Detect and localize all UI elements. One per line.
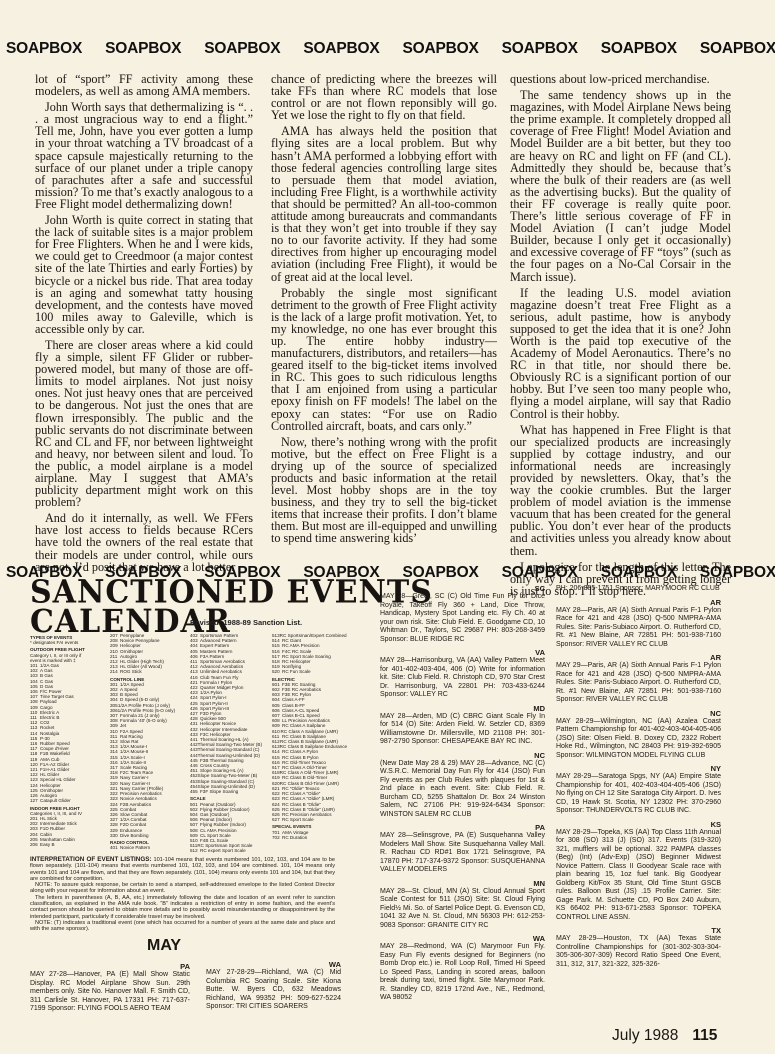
event-label: Formula ‘40’ (5-O only) — [120, 718, 167, 723]
paragraph: John Worth is quite correct in stating t… — [35, 214, 253, 335]
paragraph: Now, there’s nothing wrong with the prof… — [271, 436, 497, 545]
paragraph: AMA has always held the position that fl… — [271, 125, 497, 282]
event-number: 627 — [272, 817, 282, 822]
event-listing: KSMAY 28-29—Topeka, KS (AA) Top Class 11… — [556, 821, 721, 923]
page-footer: July 1988115 — [612, 1027, 717, 1045]
paragraph: There are closer areas where a kid could… — [35, 339, 253, 508]
paragraph: The same tendency shows up in the magazi… — [510, 89, 731, 283]
event-state: NY — [556, 765, 721, 773]
event-types-col-1: TYPES OF EVENTS * designates FAI events … — [30, 633, 88, 847]
soapbox-label: SOAPBOX — [105, 40, 181, 58]
event-type-row: 520RC Fun Scale — [272, 669, 338, 674]
event-listing: WAMAY 28—Redmond, WA (C) Marymoor Fun Fl… — [380, 935, 545, 1003]
calendar-title: SANCTIONED EVENTS CALENDAR — [30, 579, 433, 638]
event-text: MAY 28—Selinsgrove, PA (E) Susquehanna V… — [380, 832, 545, 875]
event-number: 455 — [190, 789, 200, 794]
event-type-row: 330Dive Bombing — [110, 833, 170, 838]
indoor-ff-list-cont: 207Pennyplane208Novice Pennyplane209Heli… — [110, 633, 170, 675]
event-state: KS — [556, 821, 721, 829]
soapbox-header-bar-top: SOAPBOXSOAPBOXSOAPBOXSOAPBOXSOAPBOXSOAPB… — [6, 40, 775, 58]
soapbox-column-2: chance of predicting where the breezes w… — [271, 73, 497, 549]
soapbox-label: SOAPBOX — [502, 564, 578, 582]
event-state: AR — [556, 599, 721, 607]
event-state: SC — [380, 585, 545, 593]
event-text: MAY 28—Arden, MD (C) CBRC Giant Scale Fl… — [380, 713, 545, 747]
magazine-page: SOAPBOXSOAPBOXSOAPBOXSOAPBOXSOAPBOXSOAPB… — [0, 0, 775, 1054]
event-listing: NYMAY 28-29—Saratoga Spgs, NY (AA) Empir… — [556, 765, 721, 816]
revised-note: Revised: 1988-89 Sanction List. — [190, 618, 302, 627]
soapbox-column-3: questions about low-priced merchandise. … — [510, 73, 731, 601]
paragraph: Probably the single most significant det… — [271, 287, 497, 432]
event-number: 127 — [30, 798, 40, 803]
interpretation-notes: INTERPRETATION OF EVENT LISTINGS: 101-10… — [30, 857, 335, 933]
event-state: WA — [380, 935, 545, 943]
event-state: AR — [556, 654, 721, 662]
soapbox-label: SOAPBOX — [502, 40, 578, 58]
soapbox-label: SOAPBOX — [303, 40, 379, 58]
event-number: 206 — [30, 842, 40, 847]
event-text: MAY 28—Harrisonburg, VA (AA) Valley Patt… — [380, 657, 545, 700]
event-state: PA — [380, 824, 545, 832]
event-state: PA — [30, 963, 190, 971]
event-types-col-4: 513RC Sportsman/Expert Combined514RC Gia… — [272, 633, 338, 840]
event-text: MAY 28—Redmond, WA (C) Marymoor Fun Fly.… — [380, 943, 545, 1003]
event-number: 214 — [110, 669, 120, 674]
event-text: MAY 28-29—Saratoga Spgs, NY (AA) Empire … — [556, 773, 721, 816]
event-text: MAY 28—St. Cloud, MN (A) St. Cloud Annua… — [380, 888, 545, 931]
event-listing: MNMAY 28—St. Cloud, MN (A) St. Cloud Ann… — [380, 880, 545, 931]
event-type-row: 455F3F Slope Soaring — [190, 789, 252, 794]
paragraph: questions about low-priced merchandise. — [510, 73, 731, 85]
interpretation-p2: NOTE: To assure quick response, be certa… — [30, 882, 335, 895]
radio-control-list: 401Novice Pattern — [110, 845, 170, 850]
event-number: 512 — [190, 848, 200, 853]
event-type-row: 512RC expert Sport Scale — [190, 848, 252, 853]
soapbox-label: SOAPBOX — [700, 40, 775, 58]
events-column-1: PAMAY 27-28—Hanover, PA (E) Mall Show St… — [30, 963, 190, 1019]
outdoor-ff-list: 1011/2A Gas102A Gas103B Gas104C Gas105D … — [30, 663, 88, 803]
interpretation-p3: The letters in parentheses (A, B, AA, et… — [30, 895, 335, 920]
event-listing: PH: 206-885-1751 Sponsor: MARYMOOR RC CL… — [556, 585, 721, 594]
paragraph: John Worth says that dethermalizing is “… — [35, 101, 253, 210]
event-type-row: 214ROG Stick — [110, 669, 170, 674]
event-listing: NC(New Date May 28 & 29) MAY 28—Advance,… — [380, 752, 545, 820]
soapbox-label: SOAPBOX — [601, 564, 677, 582]
interpretation-p4: NOTE: (T) indicates a traditional event … — [30, 920, 335, 933]
event-label: Easy B — [40, 842, 55, 847]
soapbox-label: SOAPBOX — [204, 40, 280, 58]
event-listing: SCMAY 28—Greer, SC (C) Old Time Fun Fly … — [380, 585, 545, 644]
events-column-2: WAMAY 27-28-29—Richland, WA (C) Mid Colu… — [206, 961, 341, 1017]
event-text: (New Date May 28 & 29) MAY 28—Advance, N… — [380, 760, 545, 820]
event-state: MN — [380, 880, 545, 888]
soapbox-label: SOAPBOX — [403, 40, 479, 58]
event-type-row: 401Novice Pattern — [110, 845, 170, 850]
event-label: ROG Stick — [120, 669, 142, 674]
event-state: VA — [380, 649, 545, 657]
event-state: NC — [380, 752, 545, 760]
event-label: Novice Pattern — [120, 845, 150, 850]
interpretation-p1: INTERPRETATION OF EVENT LISTINGS: 101-10… — [30, 857, 335, 882]
outdoor-ff-heading: OUTDOOR FREE FLIGHT — [30, 647, 88, 652]
event-number: 702 — [272, 835, 282, 840]
paragraph: chance of predicting where the breezes w… — [271, 73, 497, 121]
event-text: PH: 206-885-1751 Sponsor: MARYMOOR RC CL… — [556, 585, 721, 594]
indoor-ff-heading: INDOOR FREE FLIGHT — [30, 806, 88, 811]
event-number: 401 — [110, 845, 120, 850]
event-listing: TXMAY 28-29—Houston, TX (AA) Texas State… — [556, 927, 721, 969]
event-listing: ARMAY 29—Paris, AR (A) Sixth Annual Pari… — [556, 654, 721, 705]
event-type-row: 627RC Sport Scale — [272, 817, 338, 822]
outdoor-ff-note: Category I, II, or III only if event is … — [30, 653, 88, 663]
event-state: NC — [556, 710, 721, 718]
paragraph: lot of “sport” FF activity among these m… — [35, 73, 253, 97]
events-column-4: PH: 206-885-1751 Sponsor: MARYMOOR RC CL… — [556, 585, 721, 974]
event-number: 330 — [110, 833, 120, 838]
event-label: F3F Slope Soaring — [200, 789, 238, 794]
soapbox-label: SOAPBOX — [601, 40, 677, 58]
event-types-col-2: 207Pennyplane208Novice Pennyplane209Heli… — [110, 633, 170, 850]
event-listing: PAMAY 28—Selinsgrove, PA (E) Susquehanna… — [380, 824, 545, 875]
event-state: TX — [556, 927, 721, 935]
event-listing: NCMAY 28-29—Wilmington, NC (AA) Azalea C… — [556, 710, 721, 761]
event-listing: MDMAY 28—Arden, MD (C) CBRC Giant Scale … — [380, 705, 545, 747]
issue-date: July 1988 — [612, 1027, 678, 1044]
event-state: MD — [380, 705, 545, 713]
paragraph: If the leading U.S. model aviation magaz… — [510, 287, 731, 420]
event-text: MAY 28-29—Topeka, KS (AA) Top Class 11th… — [556, 829, 721, 923]
soapbox-label: SOAPBOX — [6, 40, 82, 58]
radio-control-list-cont: 402Sportsman Pattern403Advanced Pattern4… — [190, 633, 252, 794]
special-list: 701AMA Vintage702RC Duration — [272, 830, 338, 840]
scale-list: 501Peanut (Outdoor)502Flying Rubber (Out… — [190, 802, 252, 854]
event-text: MAY 28—Paris, AR (A) Sixth Annual Paris … — [556, 607, 721, 650]
month-heading: MAY — [147, 937, 181, 955]
event-text: MAY 28-29—Houston, TX (AA) Texas State C… — [556, 935, 721, 969]
event-text: MAY 28—Greer, SC (C) Old Time Fun Fly fo… — [380, 593, 545, 644]
soapbox-label: SOAPBOX — [700, 564, 775, 582]
indoor-ff-list: 201HL Stick202Intermediate Stick203F1D R… — [30, 816, 88, 847]
scale-list-cont: 513RC Sportsman/Expert Combined514RC Gia… — [272, 633, 338, 675]
event-label: RC Sport Scale — [282, 817, 314, 822]
event-listing: ARMAY 28—Paris, AR (A) Sixth Annual Pari… — [556, 599, 721, 650]
event-label: Catapult Glider — [40, 798, 71, 803]
fai-note: * designates FAI events — [30, 640, 88, 645]
event-number: 520 — [272, 669, 282, 674]
event-type-row: 206Easy B — [30, 842, 88, 847]
event-label: RC Fun Scale — [282, 669, 311, 674]
event-label: RC expert Sport Scale — [200, 848, 246, 853]
event-listing: VAMAY 28—Harrisonburg, VA (AA) Valley Pa… — [380, 649, 545, 700]
event-label: Dive Bombing — [120, 833, 149, 838]
event-text: MAY 27-28—Hanover, PA (E) Mall Show Stat… — [30, 971, 190, 1014]
event-state: WA — [206, 961, 341, 969]
event-label: RC Duration — [282, 835, 307, 840]
event-type-row: 702RC Duration — [272, 835, 338, 840]
paragraph: What has happened in Free Flight is that… — [510, 424, 731, 557]
event-types-col-3: 402Sportsman Pattern403Advanced Pattern4… — [190, 633, 252, 854]
event-text: MAY 28-29—Wilmington, NC (AA) Azalea Coa… — [556, 718, 721, 761]
control-line-list: 3011/2A Speed302A Speed303B Speed304D Sp… — [110, 682, 170, 838]
event-listing: WAMAY 27-28-29—Richland, WA (C) Mid Colu… — [206, 961, 341, 1012]
page-number: 115 — [692, 1027, 717, 1044]
event-text: MAY 27-28-29—Richland, WA (C) Mid Columb… — [206, 969, 341, 1012]
event-text: MAY 29—Paris, AR (A) Sixth Annual Paris … — [556, 662, 721, 705]
electric-list: 601F3E RC Soaring602F3E RC Aerobatics603… — [272, 682, 338, 822]
soapbox-column-1: lot of “sport” FF activity among these m… — [35, 73, 253, 577]
events-column-3: SCMAY 28—Greer, SC (C) Old Time Fun Fly … — [380, 585, 545, 1008]
event-type-row: 127Catapult Glider — [30, 798, 88, 803]
event-listing: PAMAY 27-28—Hanover, PA (E) Mall Show St… — [30, 963, 190, 1014]
